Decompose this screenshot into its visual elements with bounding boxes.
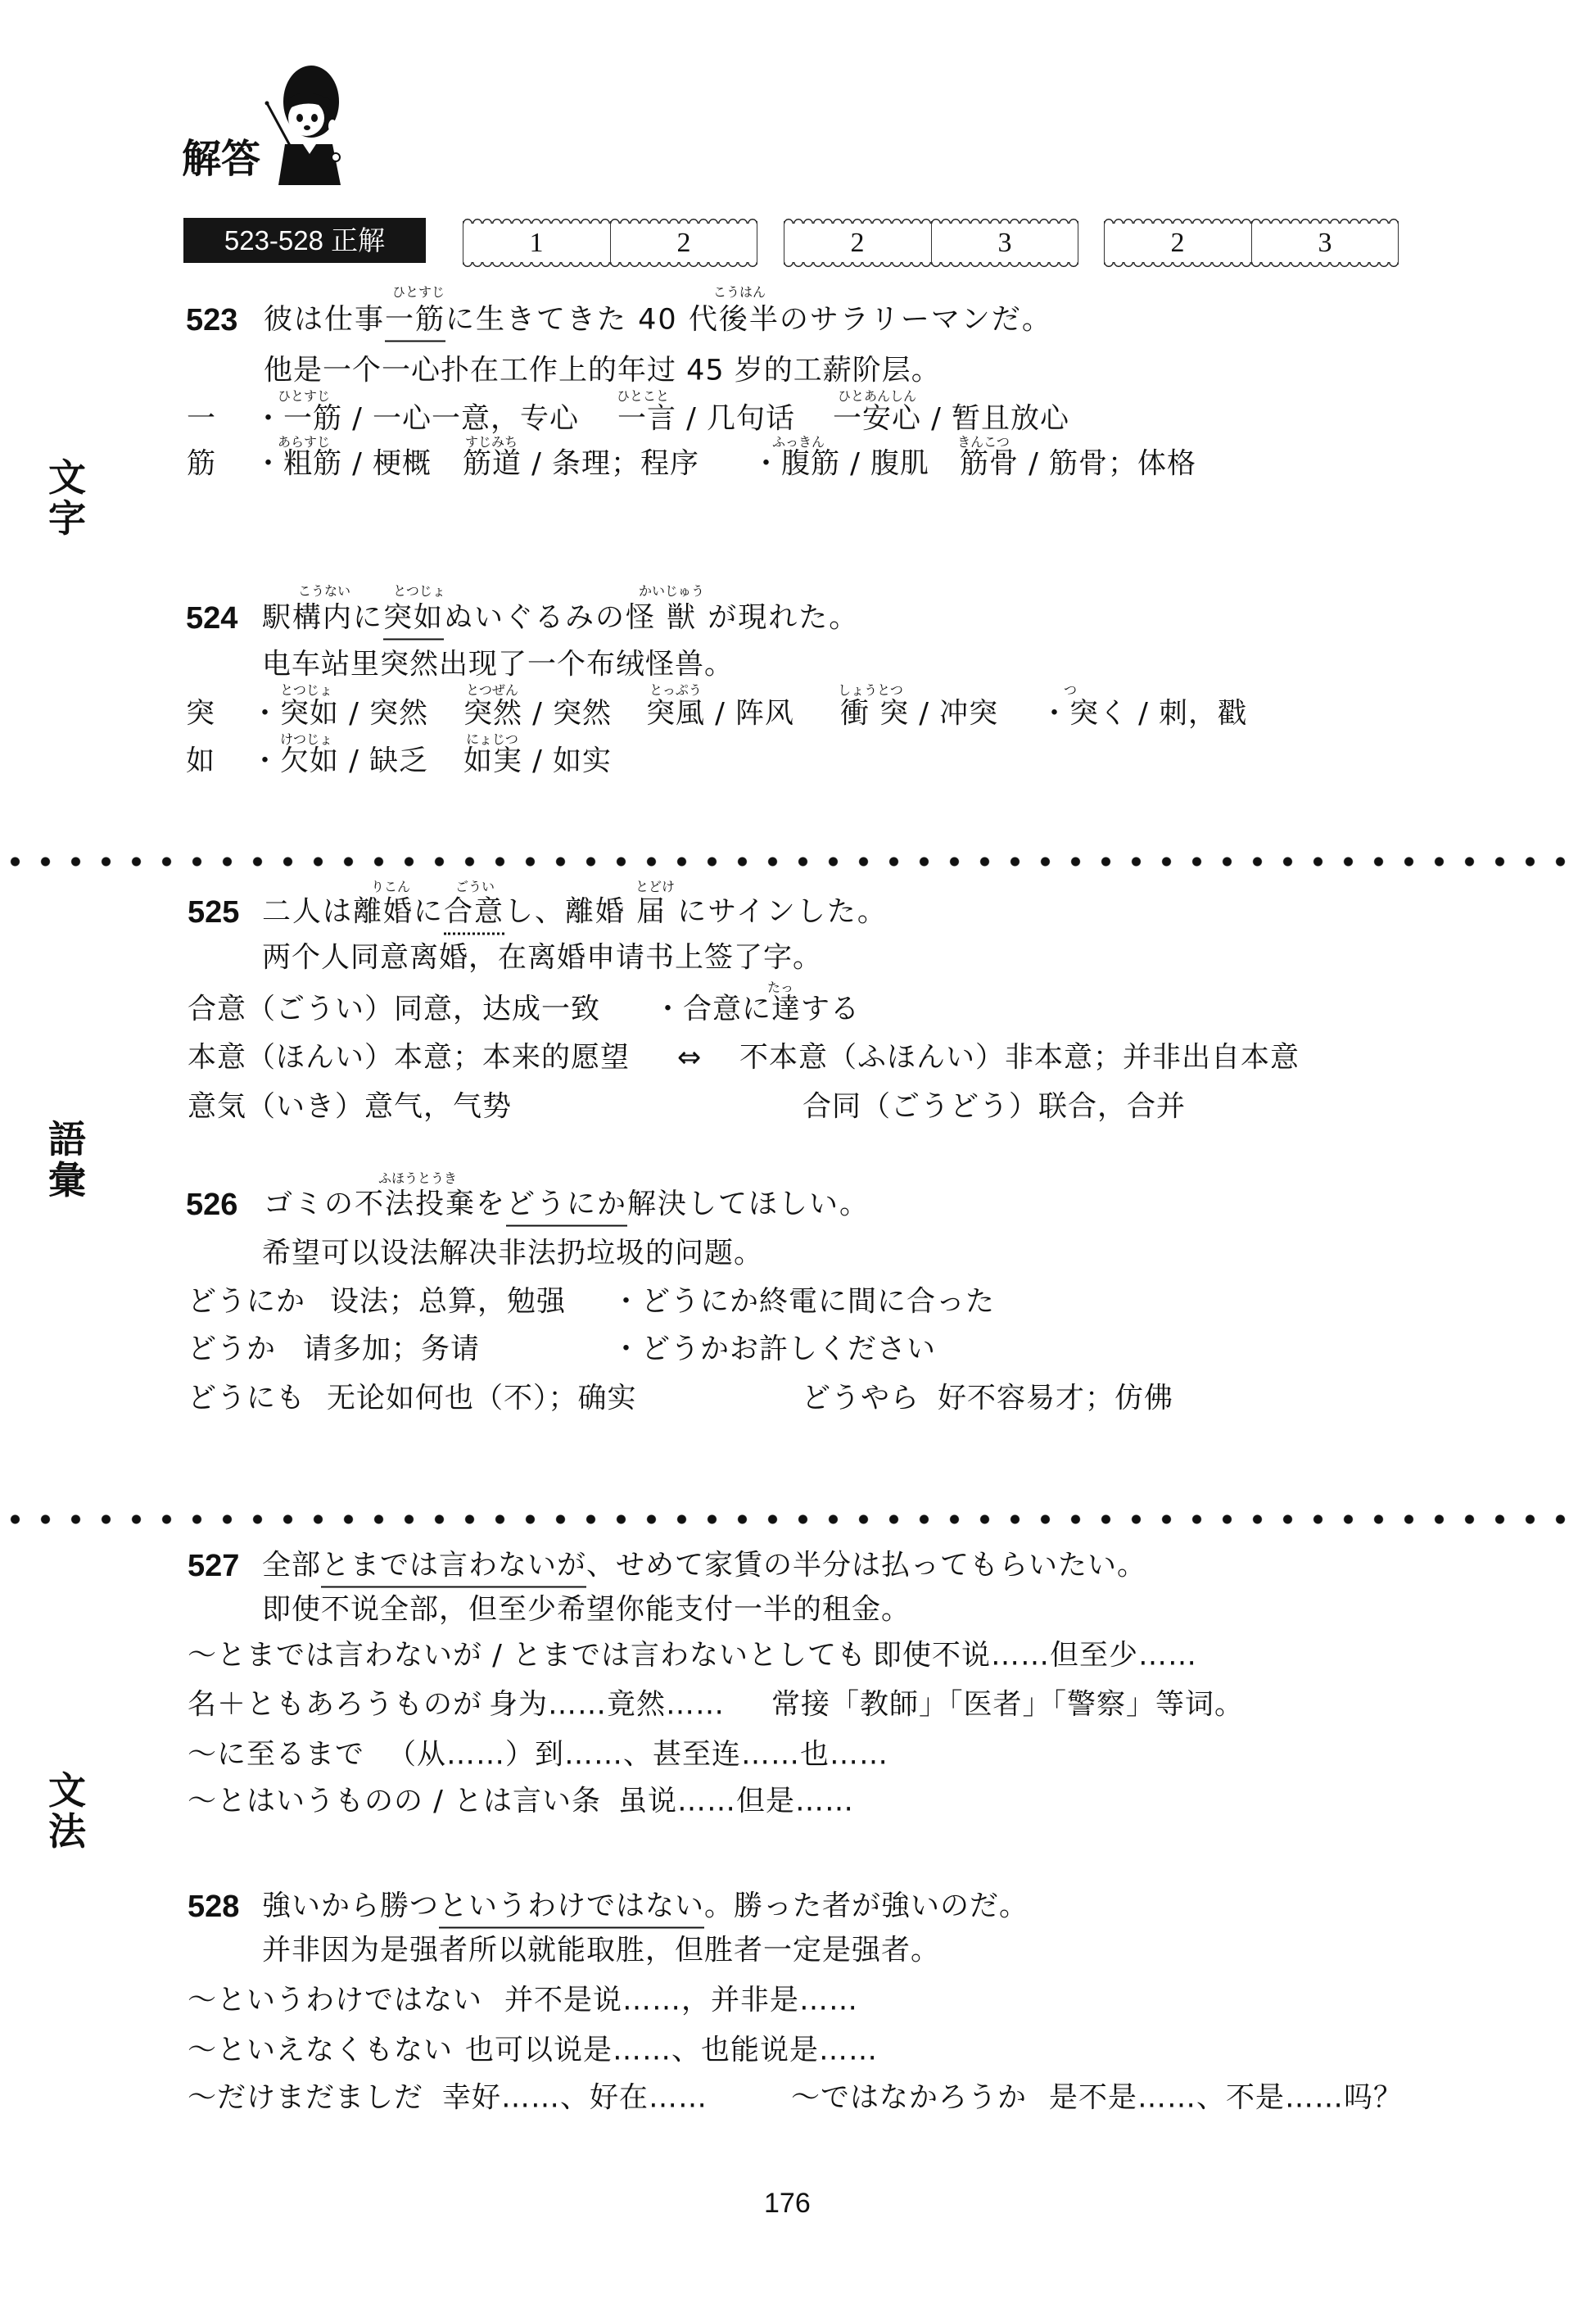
sentence-before: ゴミの不法投棄を (264, 1188, 506, 1221)
vocab-row-cell: 不本意（ふほんい）非本意；并非出自本意 (739, 1044, 1300, 1073)
sentence-before: 二人は離婚に (262, 896, 444, 929)
ruby: とつじょ (280, 684, 332, 697)
example-usage: ・どうにか終電に間に合った (612, 1288, 995, 1317)
note-item: 筋道 / 条理；程序 (463, 450, 699, 479)
vocab-meaning: 无论如何也（不）；确实 (327, 1385, 637, 1414)
grammar-meaning: 身为……竟然…… (489, 1691, 725, 1720)
underlined-target: 一筋 (385, 304, 445, 342)
grammar-pattern: ～だけまだましだ (188, 2084, 423, 2113)
sentence-after: 。勝った者が強いのだ。 (704, 1890, 1029, 1923)
note-item: ・突く / 刺，戳 (1040, 700, 1247, 729)
sentence-before: 彼は仕事 (264, 304, 385, 337)
grammar-pattern: ～ではなかろうか (791, 2084, 1027, 2113)
translation: 两个人同意离婚，在离婚申请书上签了字。 (262, 944, 822, 973)
note-head: 如 (186, 748, 215, 776)
translation: 即使不说全部，但至少希望你能支付一半的租金。 (262, 1596, 911, 1625)
side-label-char: 彙 (46, 1160, 88, 1201)
example-usage: ・どうかお許しください (612, 1336, 936, 1365)
teacher-girl-with-pointer-icon (260, 62, 350, 187)
sentence-after: 解決してほしい。 (627, 1188, 870, 1221)
answer-value: 3 (1251, 220, 1399, 266)
vocab-row-cell: 本意（ほんい）本意；本来的愿望 (188, 1044, 630, 1073)
sentence-after: 、せめて家賃の半分は払ってもらいたい。 (586, 1550, 1146, 1582)
side-label-char: 文 (46, 1770, 88, 1811)
sentence-before: 駅構内に (262, 602, 383, 635)
question-number: 524 (186, 603, 237, 634)
grammar-meaning: 是不是……、不是……吗？ (1049, 2084, 1403, 2113)
grammar-pattern: ～とはいうものの / とは言い条 (188, 1788, 601, 1817)
side-label-goi: 語 彙 (46, 1119, 88, 1201)
note-item: 突風 / 阵风 (646, 700, 794, 729)
sentence-after: に生きてきた 40 代後半のサラリーマンだ。 (445, 304, 1052, 337)
grammar-meaning: 幸好……、好在…… (442, 2084, 708, 2113)
vocab-term: どうか (188, 1336, 276, 1365)
answer-value: 2 (784, 220, 931, 266)
textbook-page: 解答 523-528 正解 1 2 2 3 (0, 0, 1596, 2322)
page-number: 176 (764, 2189, 811, 2217)
grammar-pattern: ～というわけではない (188, 1987, 482, 2016)
vocab-row-cell: 合同（ごうどう）联合，合并 (803, 1093, 1186, 1122)
note-item: 突然 / 突然 (463, 700, 612, 729)
vocab-row-cell: 合意（ごうい）同意，达成一致 (188, 996, 600, 1025)
sentence-after: ぬいぐるみの怪 獣 が現れた。 (444, 602, 859, 635)
ruby: ひとこと (617, 390, 669, 403)
question-sentence: 駅構内に突如ぬいぐるみの怪 獣 が現れた。 (262, 604, 859, 633)
note-item: 一言 / 几句话 (617, 405, 795, 434)
question-number: 527 (188, 1550, 239, 1582)
translation: 电车站里突然出现了一个布绒怪兽。 (262, 651, 734, 680)
vocab-term: どうにか (188, 1288, 305, 1317)
ruby: しょうとつ (838, 684, 903, 697)
side-label-bunpo: 文 法 (46, 1770, 88, 1852)
side-label-char: 語 (46, 1119, 88, 1160)
note-head: 筋 (187, 450, 216, 479)
note-head: 一 (187, 405, 216, 434)
ruby: ひとすじ (278, 390, 330, 403)
question-sentence: 二人は離婚に合意し、離婚 届 にサインした。 (262, 898, 888, 927)
answer-value: 1 (463, 220, 610, 266)
vocab-meaning: 请多加；务请 (303, 1336, 480, 1365)
ruby: こうない (298, 585, 350, 598)
vocab-meaning: 好不容易才；仿佛 (938, 1385, 1173, 1414)
grammar-meaning: 并不是说……，并非是…… (504, 1987, 858, 2016)
grammar-pattern: ～といえなくもない (188, 2037, 453, 2066)
dotted-section-divider (0, 856, 1576, 867)
side-label-moji: 文 字 (46, 457, 88, 539)
question-sentence: ゴミの不法投棄をどうにか解決してほしい。 (264, 1191, 870, 1220)
note-item: 筋骨 / 筋骨；体格 (960, 450, 1196, 479)
underlined-target: 突如 (383, 602, 444, 640)
grammar-pattern: 名＋ともあろうものが (188, 1691, 482, 1720)
ruby: りこん (371, 880, 410, 894)
question-sentence: 全部とまでは言わないが、せめて家賃の半分は払ってもらいたい。 (262, 1552, 1146, 1581)
note-item: 一安心 / 暂且放心 (833, 405, 1069, 434)
answer-value: 3 (931, 220, 1078, 266)
question-number: 525 (188, 897, 239, 928)
vocab-term: どうやら (802, 1385, 920, 1414)
side-label-char: 法 (46, 1811, 88, 1852)
example-usage: ・合意に達する (653, 996, 860, 1025)
ruby: かいじゅう (639, 585, 704, 598)
antonym-arrow-icon: ⇔ (677, 1044, 702, 1073)
grammar-meaning: 也可以说是……、也能说是…… (465, 2037, 878, 2066)
question-sentence: 強いから勝つというわけではない。勝った者が強いのだ。 (262, 1893, 1029, 1921)
note-item: ・突如 / 突然 (251, 700, 428, 729)
answer-value: 2 (1104, 220, 1251, 266)
grammar-meaning: 虽说……但是…… (618, 1788, 854, 1817)
translation: 希望可以设法解决非法扔垃圾的问题。 (262, 1240, 763, 1269)
sentence-after: し、離婚 届 にサインした。 (504, 896, 888, 929)
grammar-meaning: （从……）到……、甚至连……也…… (387, 1741, 888, 1770)
question-number: 523 (186, 305, 237, 336)
sentence-before: 強いから勝つ (262, 1890, 439, 1923)
vocab-term: どうにも (188, 1385, 305, 1414)
ruby: つ (1064, 684, 1077, 697)
note-item: ・粗筋 / 梗概 (254, 450, 432, 479)
ruby: とっぷう (649, 684, 702, 697)
side-label-char: 文 (46, 457, 88, 498)
answer-box-3: 2 3 (1104, 220, 1399, 266)
side-label-char: 字 (46, 498, 88, 539)
underlined-target: というわけではない (439, 1890, 704, 1929)
note-item: ・欠如 / 缺乏 (251, 748, 428, 776)
note-head: 突 (186, 700, 215, 729)
answer-section-title: 解答 (182, 139, 260, 179)
ruby: とどけ (635, 880, 675, 894)
ruby: ごうい (455, 880, 495, 894)
sentence-before: 全部 (262, 1550, 321, 1582)
translation: 他是一个一心扑在工作上的年过 45 岁的工薪阶层。 (264, 357, 941, 386)
question-number: 528 (188, 1891, 239, 1922)
note-item: ・一筋 / 一心一意，专心 (254, 405, 579, 434)
ruby: とつじょ (393, 585, 445, 598)
ruby: ひとあんしん (838, 390, 916, 403)
grammar-meaning: 即使不说……但至少…… (873, 1642, 1197, 1671)
note-item: 衝 突 / 冲突 (840, 700, 998, 729)
question-sentence: 彼は仕事一筋に生きてきた 40 代後半のサラリーマンだ。 (264, 306, 1052, 335)
ruby: ふほうとうき (378, 1172, 457, 1185)
note-item: ・腹筋 / 腹肌 (752, 450, 929, 479)
ruby: とつぜん (466, 684, 518, 697)
ruby: ひとすじ (392, 286, 445, 299)
answer-value: 2 (610, 220, 757, 266)
question-number: 526 (186, 1189, 237, 1220)
answer-box-2: 2 3 (784, 220, 1078, 266)
underlined-target: どうにか (506, 1188, 627, 1227)
ruby: こうはん (713, 286, 766, 299)
vocab-row-cell: 意気（いき）意气，气势 (188, 1093, 512, 1122)
answer-range-label: 523-528 正解 (183, 218, 426, 263)
translation: 并非因为是强者所以就能取胜，但胜者一定是强者。 (262, 1937, 940, 1966)
grammar-pattern: ～に至るまで (188, 1741, 364, 1770)
answer-box-1: 1 2 (463, 220, 757, 266)
dotted-section-divider (0, 1514, 1576, 1525)
underlined-target: 合意 (444, 896, 504, 935)
note-item: 如実 / 如实 (463, 748, 612, 776)
grammar-note: 常接「教師」「医者」「警察」等词。 (771, 1691, 1244, 1720)
grammar-pattern: ～とまでは言わないが / とまでは言わないとしても (188, 1642, 866, 1671)
vocab-meaning: 设法；总算，勉强 (330, 1288, 566, 1317)
underlined-target: とまでは言わないが (321, 1550, 586, 1588)
